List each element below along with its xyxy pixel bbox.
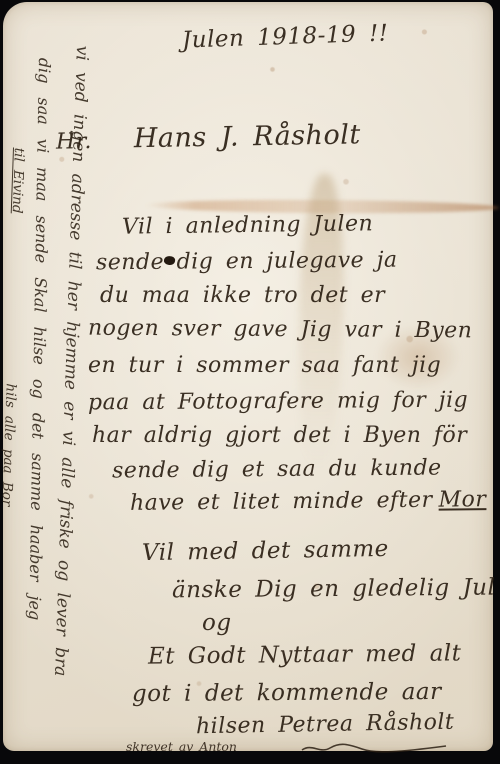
footnote: skrevet av Anton: [126, 739, 237, 754]
greeting-line: änske Dig en gledelig Jul: [172, 575, 496, 604]
body-line: paa at Fottografere mig for jig: [88, 388, 468, 416]
greeting-line: Vil med det samme: [142, 536, 389, 566]
underlined-word: Mor: [438, 487, 486, 512]
body-line: en tur i sommer saa fant jig: [88, 353, 441, 378]
body-line: sende dig et saa du kunde: [112, 456, 442, 484]
body-line: har aldrig gjort det i Byen för: [92, 423, 467, 448]
scanned-postcard: Julen 1918-19 !! Hr.Hans J. Råsholt Vil …: [0, 0, 500, 764]
body-line: have et litet minde efterMor: [130, 487, 487, 516]
body-line: Vil i anledning Julen: [122, 211, 374, 240]
greeting-line: og: [202, 610, 232, 636]
body-line: du maa ikke tro det er: [100, 283, 385, 308]
signature-line: hilsen Petrea Råsholt: [196, 710, 455, 740]
body-line: nogen sver gave Jig var i Byen: [88, 316, 473, 344]
recipient-name: Hans J. Råsholt: [134, 119, 361, 154]
body-line: sende dig en julegave ja: [96, 248, 398, 276]
newyear-line: Et Godt Nyttaar med alt: [148, 640, 462, 669]
newyear-line: got i det kommende aar: [132, 679, 442, 707]
signature-flourish: [300, 740, 448, 756]
body-line-text: have et litet minde efter: [130, 488, 433, 516]
recipient-line: Hr.Hans J. Råsholt: [56, 119, 361, 155]
margin-underlined-text: til Eivind: [9, 147, 27, 213]
